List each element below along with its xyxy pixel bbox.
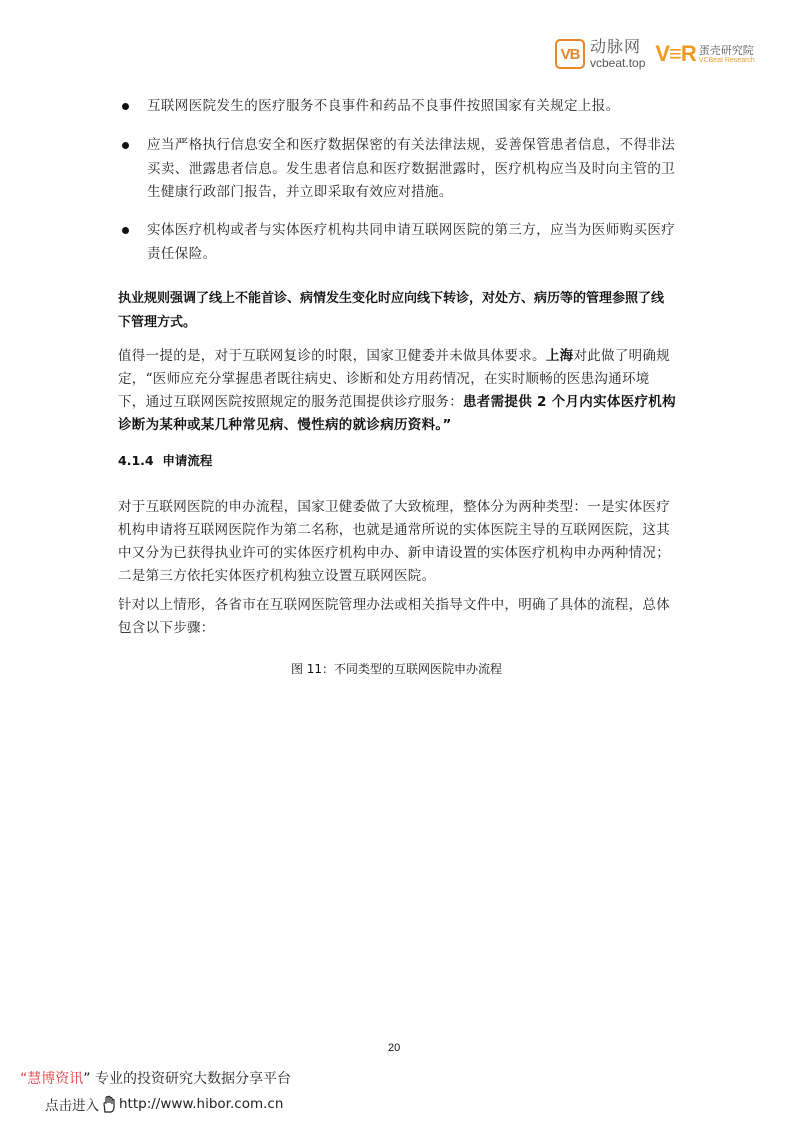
footer-url-link[interactable]: http://www.hibor.com.cn [119, 1096, 283, 1112]
bullet-item: 实体医疗机构或者与实体医疗机构共同申请互联网医院的第三方，应当为医师购买医疗责任… [118, 219, 676, 266]
vcbeat-logo-icon: VB [555, 39, 585, 69]
bullet-text: 应当严格执行信息安全和医疗数据保密的有关法律法规，妥善保管患者信息，不得非法买卖… [147, 134, 676, 205]
vcbeat-logo-text: 动脉网 vcbeat.top [590, 39, 645, 69]
bullet-text: 实体医疗机构或者与实体医疗机构共同申请互联网医院的第三方，应当为医师购买医疗责任… [147, 219, 676, 266]
hand-pointer-icon [101, 1095, 117, 1113]
vcbeat-domain: vcbeat.top [590, 57, 645, 69]
shanghai-paragraph: 值得一提的是，对于互联网复诊的时限，国家卫健委并未做具体要求。上海对此做了明确规… [118, 345, 676, 437]
section-title: 申请流程 [162, 453, 212, 468]
footer-slogan: “慧博资讯” 专业的投资研究大数据分享平台 [20, 1068, 291, 1088]
footer-enter-label: 点击进入 [45, 1094, 99, 1114]
page-number: 20 [388, 1042, 400, 1054]
process-paragraph: 对于互联网医院的申办流程，国家卫健委做了大致梳理，整体分为两种类型：一是实体医疗… [118, 496, 676, 588]
para-text: 值得一提的是，对于互联网复诊的时限，国家卫健委并未做具体要求。 [118, 348, 546, 364]
vbr-name-en: VCBeat Research [699, 57, 755, 64]
section-heading: 4.1.4 申请流程 [118, 451, 212, 469]
vbr-logo: V≡R 蛋壳研究院 VCBeat Research [655, 41, 754, 67]
footer-brand: 慧博资讯 [27, 1071, 83, 1087]
vcbeat-name: 动脉网 [590, 39, 645, 55]
bullet-item: 互联网医院发生的医疗服务不良事件和药品不良事件按照国家有关规定上报。 [118, 95, 676, 119]
para-bold-shanghai: 上海 [546, 348, 574, 364]
bullet-icon [122, 227, 129, 234]
header-logos: VB 动脉网 vcbeat.top V≡R 蛋壳研究院 VCBeat Resea… [555, 36, 755, 72]
steps-paragraph: 针对以上情形，各省市在互联网医院管理办法或相关指导文件中，明确了具体的流程，总体… [118, 594, 676, 640]
vbr-logo-icon: V≡R [655, 41, 695, 67]
bold-paragraph: 执业规则强调了线上不能首诊、病情发生变化时应向线下转诊，对处方、病历等的管理参照… [118, 287, 676, 335]
footer-slogan-text: 专业的投资研究大数据分享平台 [95, 1071, 291, 1087]
footer-link-row: 点击进入 http://www.hibor.com.cn [45, 1094, 283, 1114]
bullet-item: 应当严格执行信息安全和医疗数据保密的有关法律法规，妥善保管患者信息，不得非法买卖… [118, 134, 676, 205]
vbr-name: 蛋壳研究院 [699, 45, 755, 56]
bullet-icon [122, 142, 129, 149]
section-number: 4.1.4 [118, 453, 154, 468]
bullet-icon [122, 103, 129, 110]
figure-caption: 图 11：不同类型的互联网医院申办流程 [0, 660, 793, 677]
bullet-text: 互联网医院发生的医疗服务不良事件和药品不良事件按照国家有关规定上报。 [147, 95, 676, 119]
